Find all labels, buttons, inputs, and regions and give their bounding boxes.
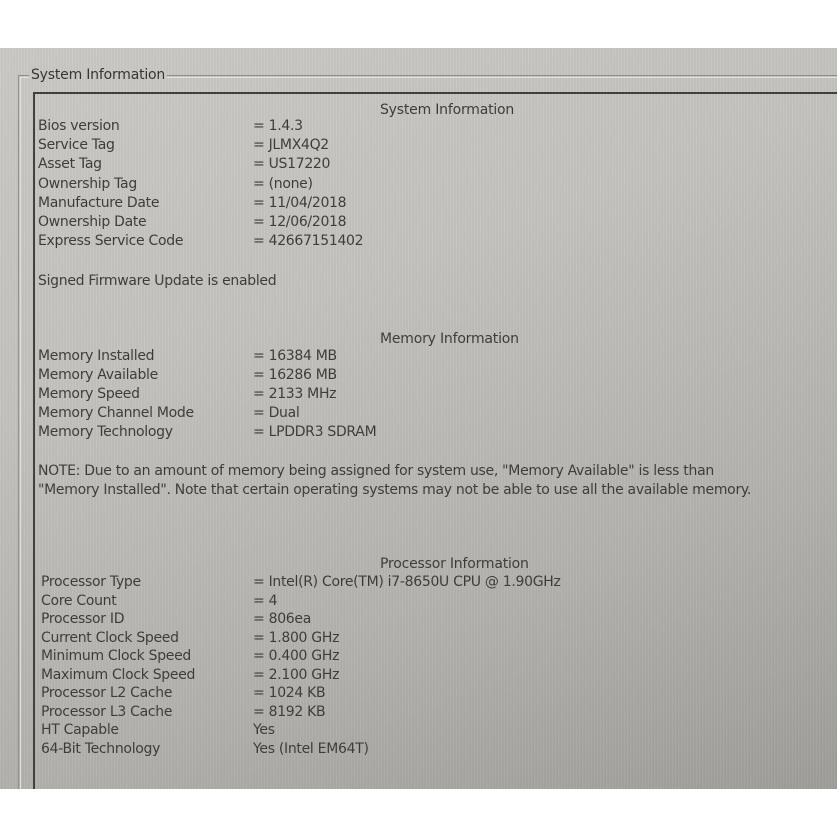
info-value: = 1024 KB bbox=[253, 685, 325, 701]
info-label: Memory Available bbox=[38, 367, 158, 383]
info-label: Memory Channel Mode bbox=[38, 405, 194, 421]
info-value: = 12/06/2018 bbox=[253, 214, 346, 230]
info-label: Processor ID bbox=[41, 611, 124, 627]
info-value: = 42667151402 bbox=[253, 233, 363, 249]
info-label: Processor L3 Cache bbox=[41, 704, 172, 720]
info-value: = 0.400 GHz bbox=[253, 648, 339, 664]
info-value: = LPDDR3 SDRAM bbox=[253, 424, 376, 440]
info-value: = Dual bbox=[253, 405, 300, 421]
info-label: Maximum Clock Speed bbox=[41, 667, 195, 683]
info-label: Manufacture Date bbox=[38, 195, 159, 211]
info-label: Memory Technology bbox=[38, 424, 173, 440]
info-value: = 2133 MHz bbox=[253, 386, 336, 402]
info-label: Bios version bbox=[38, 118, 119, 134]
info-value: = 806ea bbox=[253, 611, 311, 627]
info-value: Yes bbox=[253, 722, 275, 738]
info-label: Service Tag bbox=[38, 137, 115, 153]
info-value: = 16286 MB bbox=[253, 367, 337, 383]
info-label: Processor Type bbox=[41, 574, 141, 590]
info-label: Ownership Tag bbox=[38, 176, 137, 192]
info-label: Minimum Clock Speed bbox=[41, 648, 191, 664]
info-value: = 4 bbox=[253, 593, 277, 609]
info-label: Memory Speed bbox=[38, 386, 140, 402]
info-label: Express Service Code bbox=[38, 233, 183, 249]
info-label: Current Clock Speed bbox=[41, 630, 179, 646]
info-label: HT Capable bbox=[41, 722, 119, 738]
info-label: Memory Installed bbox=[38, 348, 154, 364]
system-section-heading: System Information bbox=[380, 102, 514, 118]
info-value: = (none) bbox=[253, 176, 313, 192]
groupbox-title: System Information bbox=[29, 67, 167, 83]
info-value: = 1.800 GHz bbox=[253, 630, 339, 646]
info-label: 64-Bit Technology bbox=[41, 741, 160, 757]
system-information-panel: System Information Bios version = 1.4.3 … bbox=[33, 92, 837, 789]
info-value: = 11/04/2018 bbox=[253, 195, 346, 211]
info-value: = Intel(R) Core(TM) i7-8650U CPU @ 1.90G… bbox=[253, 574, 561, 590]
info-label: Asset Tag bbox=[38, 156, 102, 172]
info-value: Yes (Intel EM64T) bbox=[253, 741, 369, 757]
info-value: = US17220 bbox=[253, 156, 330, 172]
info-label: Core Count bbox=[41, 593, 116, 609]
info-value: = 2.100 GHz bbox=[253, 667, 339, 683]
info-value: = 1.4.3 bbox=[253, 118, 303, 134]
memory-note-text: NOTE: Due to an amount of memory being a… bbox=[38, 462, 778, 500]
info-value: = 8192 KB bbox=[253, 704, 325, 720]
bios-screen-photo: System Information System Information Bi… bbox=[0, 48, 837, 789]
info-label: Processor L2 Cache bbox=[41, 685, 172, 701]
info-label: Ownership Date bbox=[38, 214, 146, 230]
processor-section-heading: Processor Information bbox=[380, 556, 529, 572]
info-value: = 16384 MB bbox=[253, 348, 337, 364]
info-value: = JLMX4Q2 bbox=[253, 137, 329, 153]
memory-section-heading: Memory Information bbox=[380, 331, 519, 347]
firmware-status-text: Signed Firmware Update is enabled bbox=[38, 272, 778, 291]
